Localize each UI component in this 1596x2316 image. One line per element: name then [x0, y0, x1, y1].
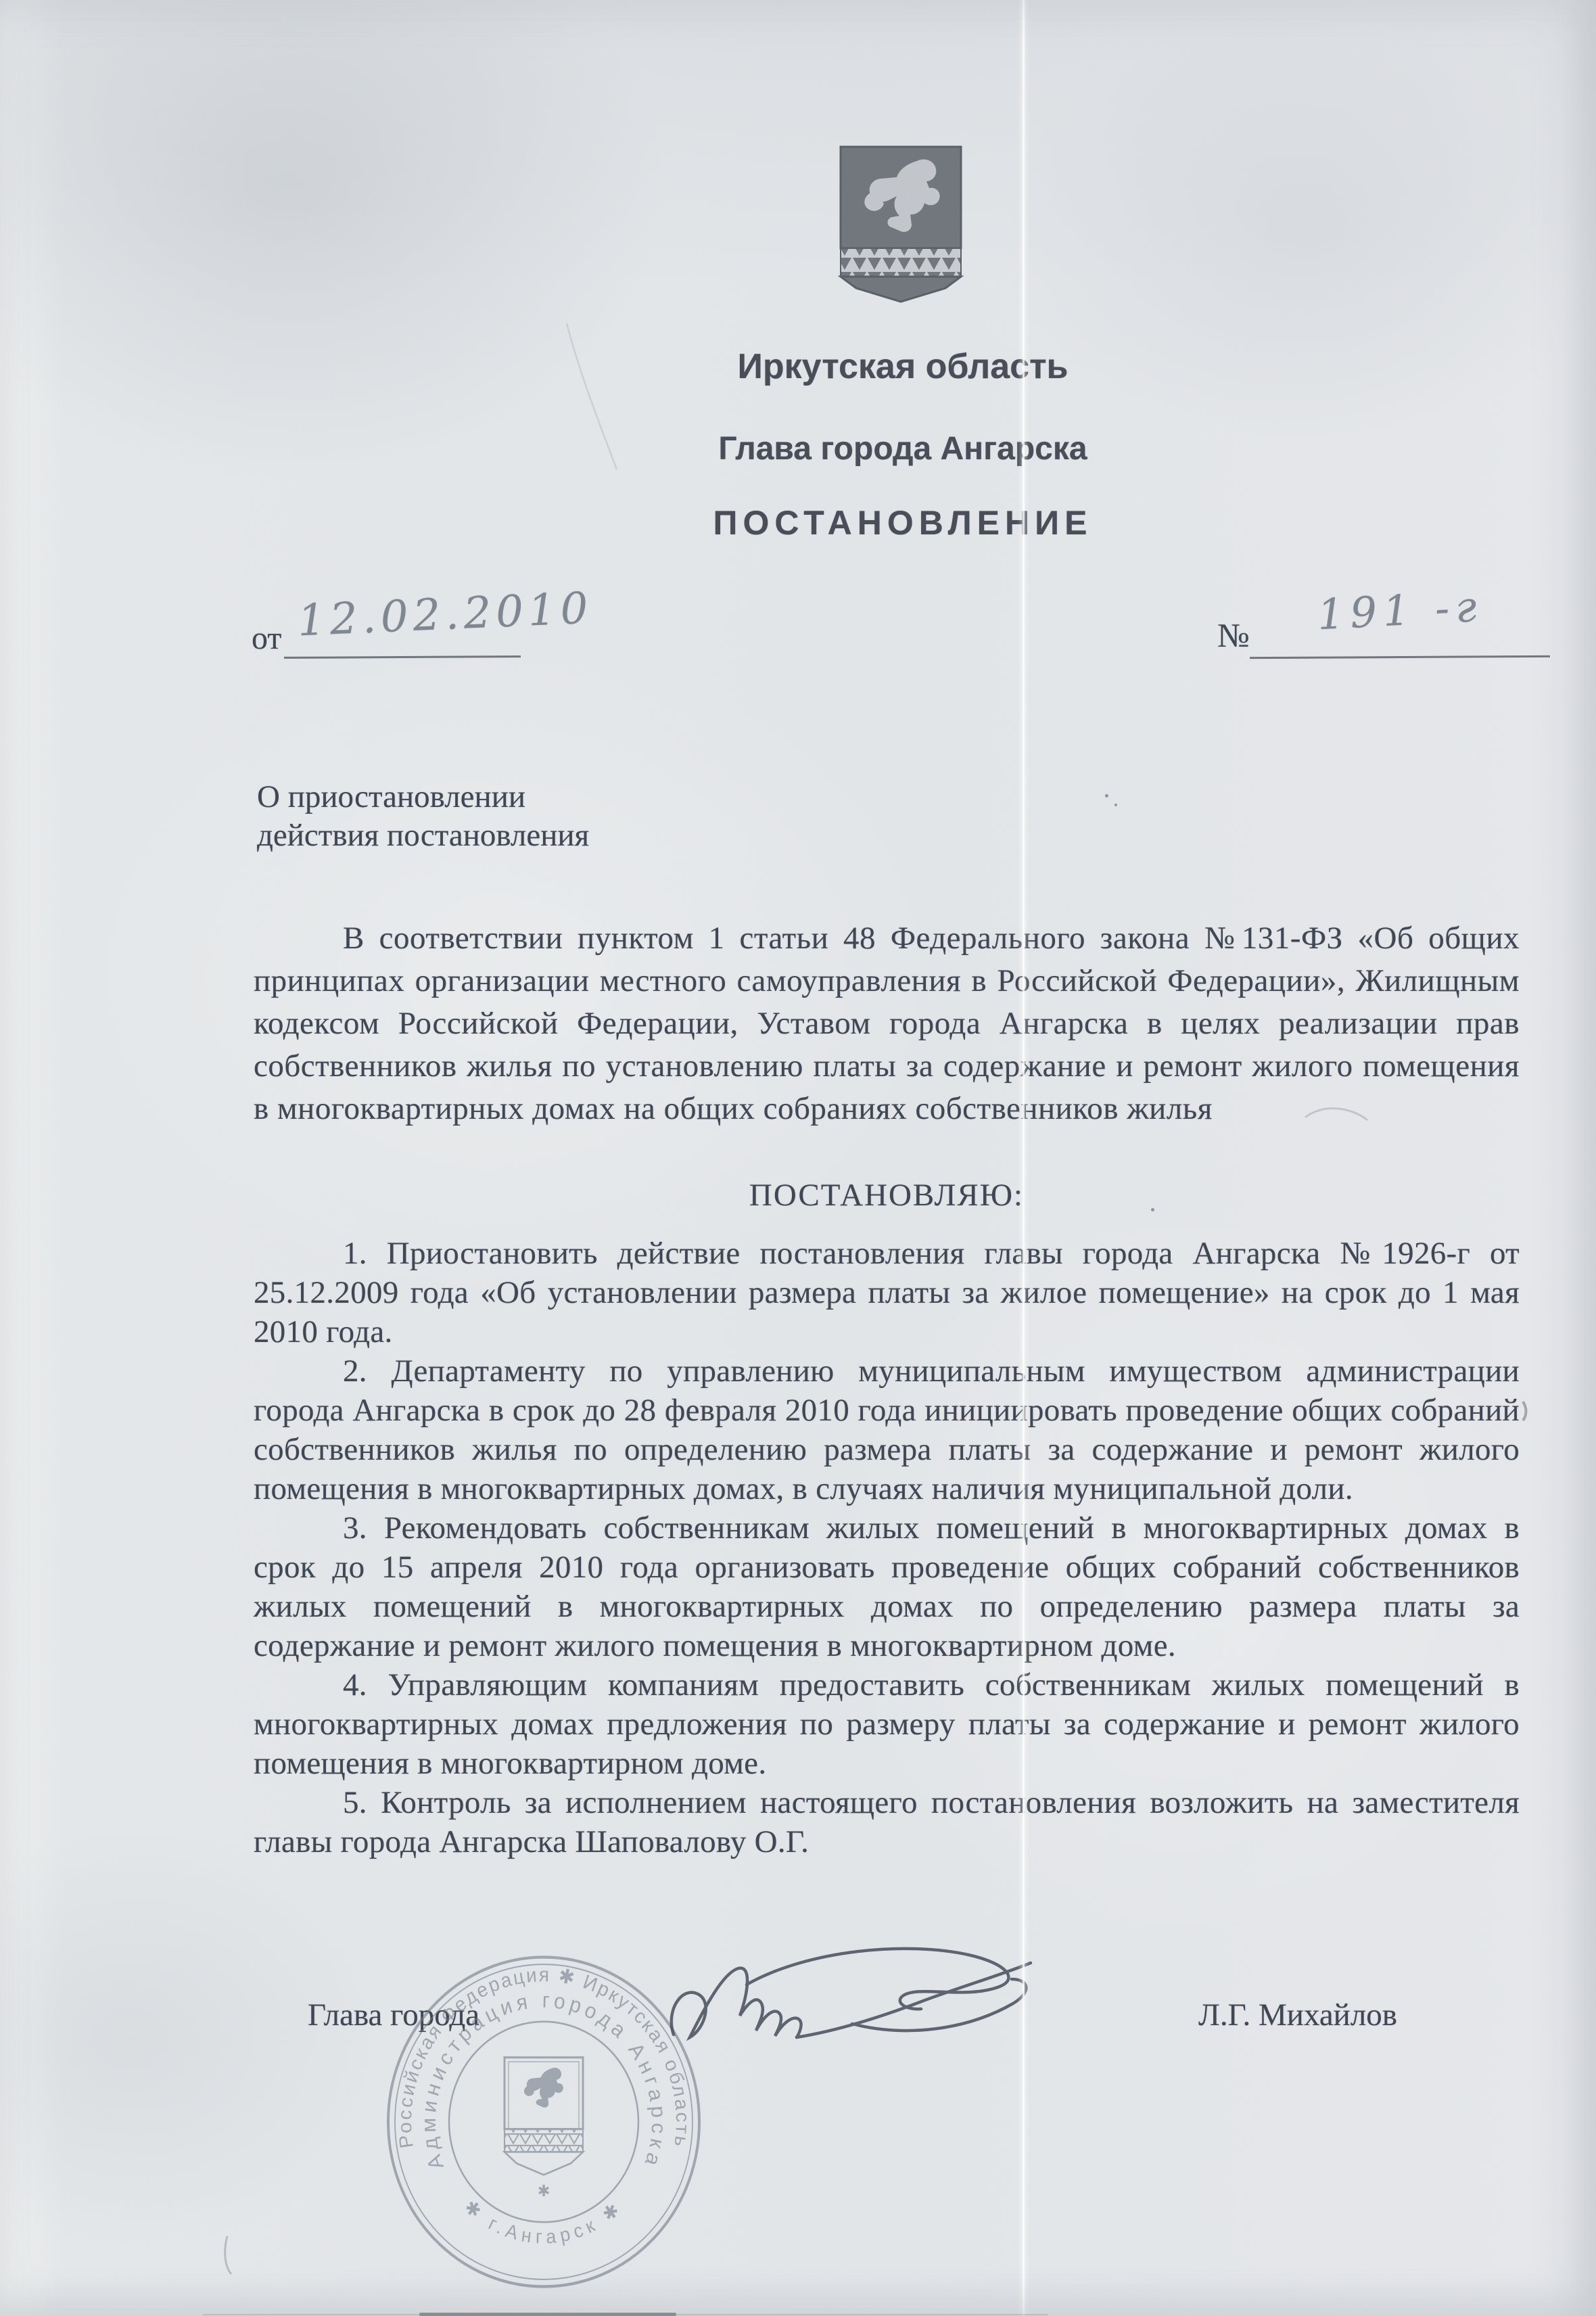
paper-grain [0, 0, 1596, 2316]
document-page: Иркутская область Глава города Ангарска … [0, 0, 1596, 2316]
